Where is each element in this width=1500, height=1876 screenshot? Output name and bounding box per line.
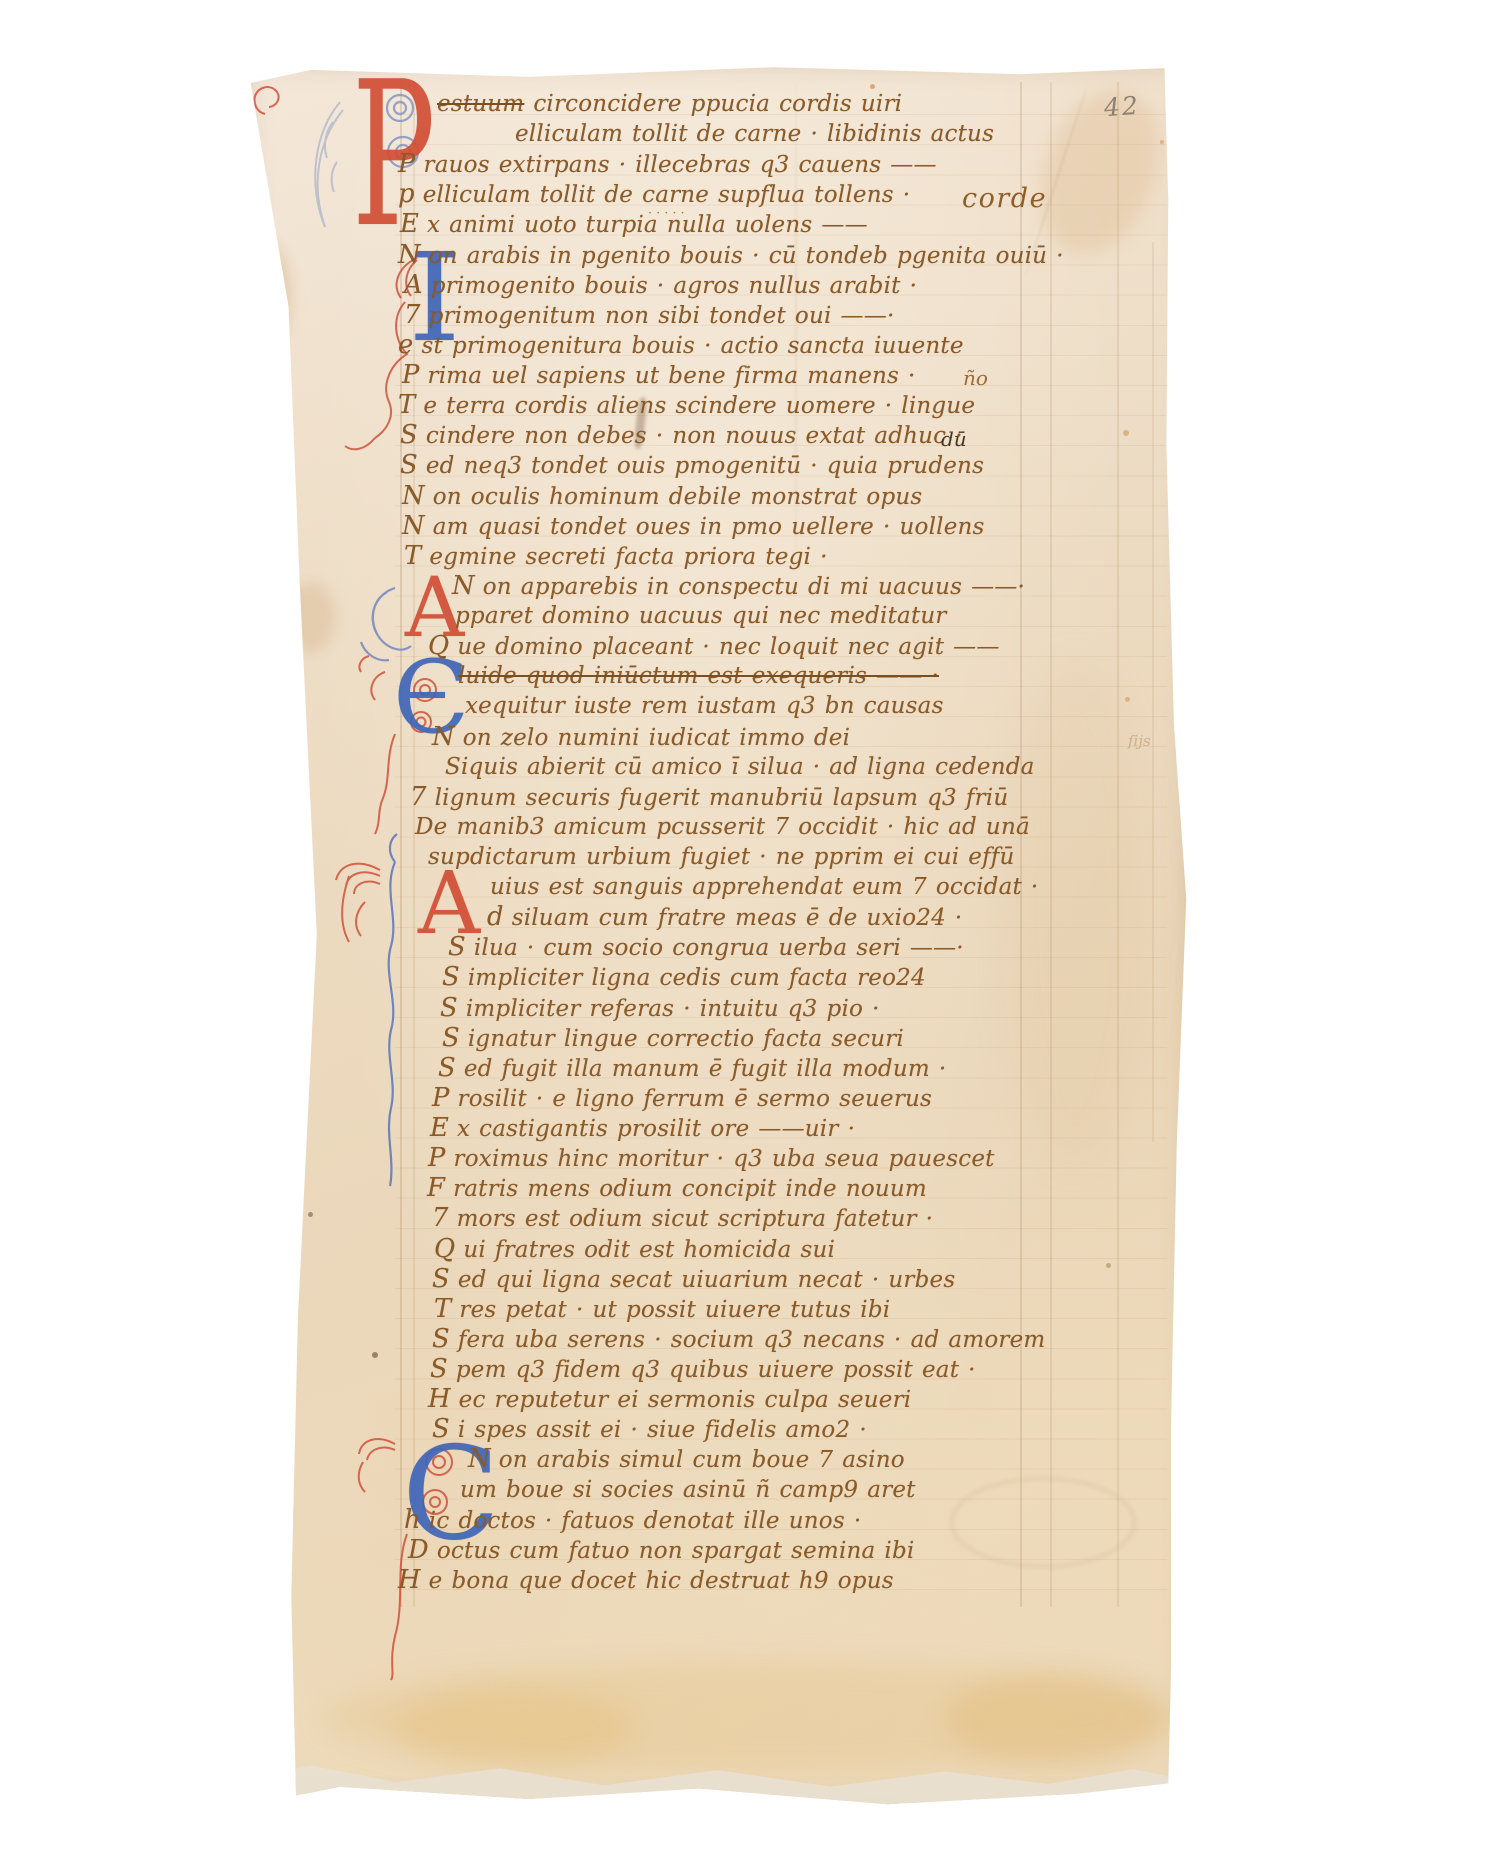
margin-note: ño [963,366,988,390]
margin-notes-layer: cordeñodūſijs····· [245,62,1190,1806]
margin-note: corde [962,183,1047,214]
margin-note: ſijs [1128,732,1151,750]
manuscript-photo: PIAЄAC estuum circoncidere ppucia cordis… [0,0,1500,1876]
margin-note: dū [941,427,967,451]
margin-note: ····· [648,206,689,221]
parchment-leaf: PIAЄAC estuum circoncidere ppucia cordis… [245,62,1190,1806]
folio-number: 42 [1103,91,1141,122]
